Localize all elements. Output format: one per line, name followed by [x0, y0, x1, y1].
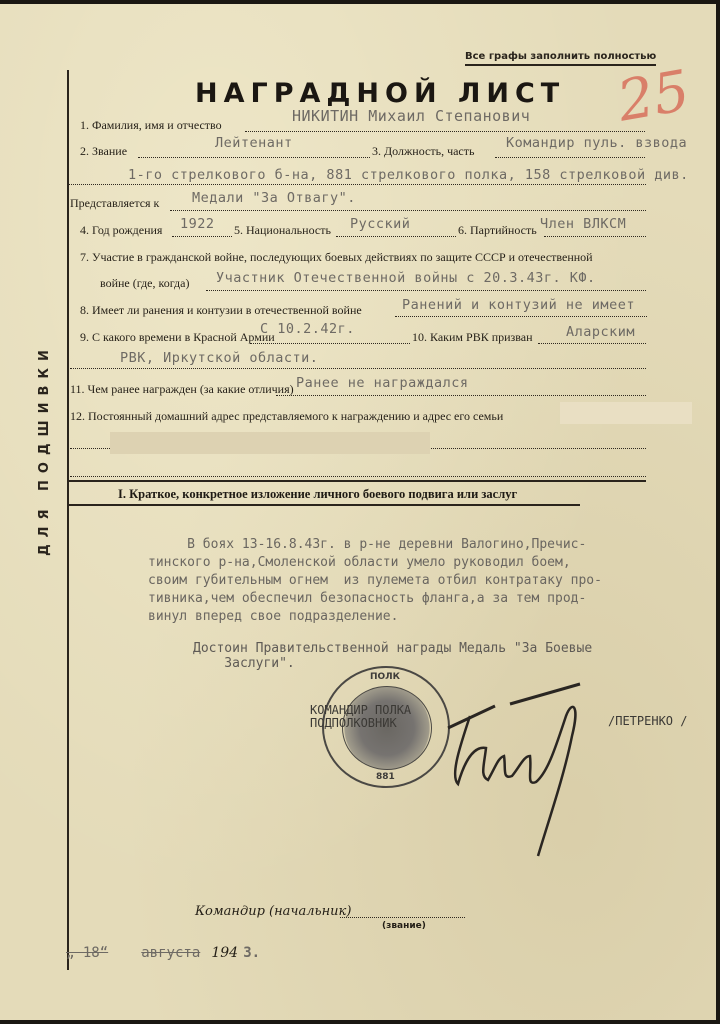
field-9-value: С 10.2.42г.: [260, 321, 355, 337]
field-12-line-3: [70, 476, 646, 477]
commander-rank-line: [340, 917, 465, 918]
field-6-label: 6. Партийность: [458, 223, 537, 238]
field-3-line-2: [68, 184, 646, 185]
binding-label-text: ДЛЯ ПОДШИВКИ: [37, 343, 52, 556]
nominated-line: [170, 210, 646, 211]
field-6-value: Член ВЛКСМ: [540, 216, 626, 232]
field-9-label: 9. С какого времени в Красной Армии: [80, 330, 275, 345]
commander-title: КОМАНДИР ПОЛКА ПОДПОЛКОВНИК: [310, 704, 411, 730]
date-year-suffix: 3.: [243, 945, 260, 961]
field-3-value-line-2: 1-го стрелкового б-на, 881 стрелкового п…: [128, 167, 689, 183]
field-8-value: Ранений и контузий не имеет: [402, 297, 635, 313]
field-10-label: 10. Каким РВК призван: [412, 330, 533, 345]
nominated-label: Представляется к: [70, 196, 159, 211]
date-day: „ 18“: [66, 945, 108, 961]
field-7-line: [206, 290, 646, 291]
section-top-rule: [68, 480, 646, 482]
field-11-value: Ранее не награждался: [296, 375, 469, 391]
field-2-value: Лейтенант: [215, 135, 293, 151]
date-year-prefix: 194: [211, 945, 238, 961]
field-7-value: Участник Отечественной войны с 20.3.43г.…: [216, 270, 596, 286]
field-2-line: [138, 157, 370, 158]
field-6-line: [544, 236, 646, 237]
field-1-label: 1. Фамилия, имя и отчество: [80, 118, 222, 133]
feat-description: В боях 13-16.8.43г. в р-не деревни Валог…: [148, 536, 708, 626]
field-9-line: [250, 343, 410, 344]
field-1-line: [245, 131, 645, 132]
nominated-value: Медали "За Отвагу".: [192, 190, 356, 206]
field-10-line-2: [70, 368, 646, 369]
field-8-line: [395, 316, 647, 317]
document-title: НАГРАДНОЙ ЛИСТ: [195, 78, 565, 109]
field-11-label: 11. Чем ранее награжден (за какие отличи…: [70, 382, 294, 397]
field-3-value: Командир пуль. взвода: [506, 135, 687, 151]
commander-label: Командир (начальник): [195, 904, 351, 919]
signer-name: /ПЕТРЕНКО /: [608, 714, 687, 728]
field-11-line: [276, 395, 646, 396]
fill-all-fields-notice: Все графы заполнить полностью: [465, 51, 656, 66]
binding-margin-label: ДЛЯ ПОДШИВКИ: [30, 314, 58, 584]
field-5-value: Русский: [350, 216, 410, 232]
field-5-line: [336, 236, 456, 237]
field-4-line: [172, 236, 232, 237]
field-3-label: 3. Должность, часть: [372, 144, 474, 159]
award-sheet-document: ДЛЯ ПОДШИВКИ Все графы заполнить полност…: [0, 4, 716, 1020]
field-10-line: [538, 343, 646, 344]
field-7-label-line-1: 7. Участие в гражданской войне, последую…: [80, 250, 593, 265]
commander-signature: [440, 676, 620, 866]
seal-text-top: ПОЛК: [370, 672, 400, 682]
seal-text-bottom: 881: [376, 772, 395, 782]
binding-margin-line: [67, 70, 69, 970]
field-12-label: 12. Постоянный домашний адрес представля…: [70, 409, 503, 424]
section-bottom-rule: [68, 504, 580, 506]
redacted-address-2: [110, 432, 430, 454]
field-4-value: 1922: [180, 216, 215, 232]
field-8-label: 8. Имеет ли ранения и контузии в отечест…: [80, 303, 362, 318]
rank-caption: (звание): [382, 921, 426, 931]
document-date: „ 18“ августа 194 3.: [66, 942, 260, 961]
field-10-value: Аларским: [566, 324, 635, 340]
date-month: августа: [141, 945, 200, 961]
field-10-value-line-2: РВК, Иркутской области.: [120, 350, 318, 366]
field-1-value: НИКИТИН Михаил Степанович: [292, 107, 530, 125]
archive-number-pencil: 25: [613, 58, 694, 134]
field-7-label-line-2: войне (где, когда): [100, 276, 189, 291]
section-1-heading: I. Краткое, конкретное изложение личного…: [118, 487, 517, 502]
redacted-address-1: [560, 402, 692, 424]
field-3-line: [495, 157, 645, 158]
field-5-label: 5. Национальность: [234, 223, 331, 238]
field-2-label: 2. Звание: [80, 144, 127, 159]
field-4-label: 4. Год рождения: [80, 223, 162, 238]
